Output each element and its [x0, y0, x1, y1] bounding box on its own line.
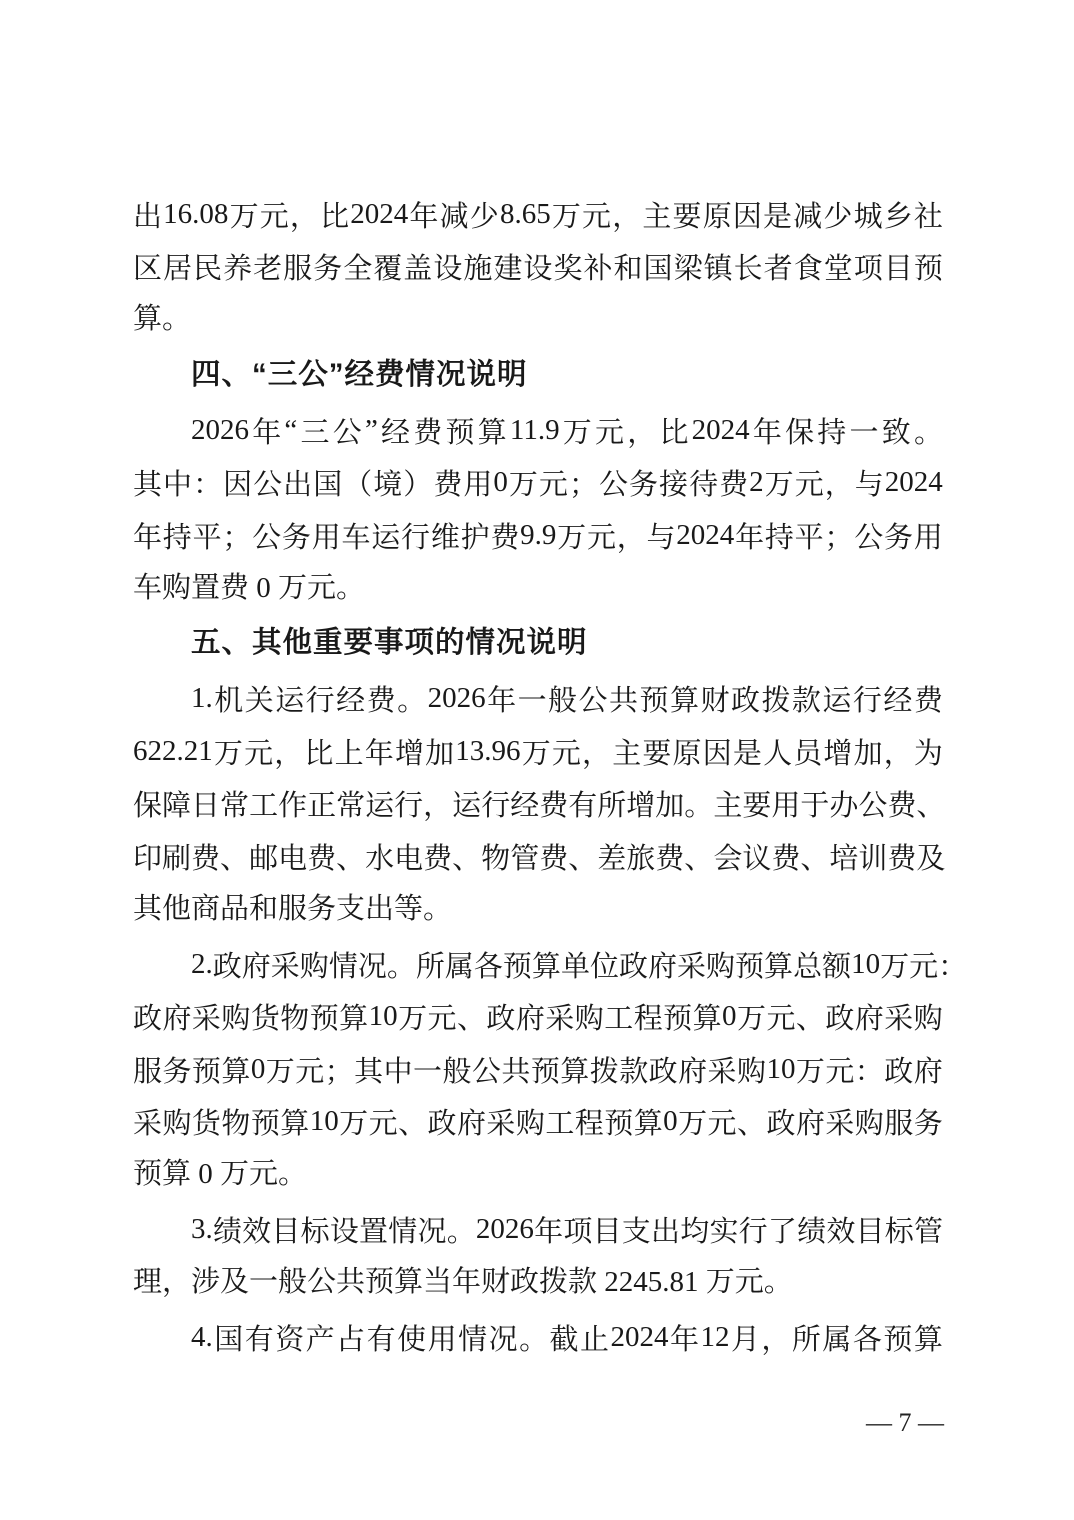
text-token: 项 — [854, 246, 883, 287]
para-three-public-funds-detail: 2026年“三公”经费预算11.9万元，比2024年保持一致。其中：因公出国（境… — [133, 404, 943, 614]
text-token: 主 — [642, 194, 671, 235]
text-token: 公 — [599, 462, 628, 503]
text-token: 电 — [278, 836, 307, 877]
text-token: 况 — [358, 944, 387, 985]
text-line: 车购置费 0 万元。 — [133, 562, 943, 615]
text-token: 出 — [133, 194, 162, 235]
text-token: 正 — [307, 783, 336, 824]
text-token: 元 — [595, 410, 624, 451]
text-token: 用 — [428, 1317, 457, 1358]
text-token: 算 — [764, 944, 793, 985]
text-token: 2024 — [692, 414, 750, 447]
text-token: 支 — [622, 1209, 651, 1250]
text-token: 者 — [764, 246, 793, 287]
text-token: 水 — [365, 836, 394, 877]
text-token: 物 — [280, 996, 309, 1037]
text-token: 设 — [330, 1209, 359, 1250]
text-line: 预算 0 万元。 — [133, 1148, 943, 1201]
text-token: 其 — [133, 462, 162, 503]
text-token: 公 — [252, 515, 281, 556]
text-token: 减 — [793, 194, 822, 235]
text-token: 常 — [220, 783, 249, 824]
text-token: 车 — [341, 515, 370, 556]
text-token: 物 — [481, 836, 510, 877]
text-token: 运 — [275, 678, 304, 719]
text-token: 社 — [914, 194, 943, 235]
text-token: 购 — [737, 1049, 766, 1090]
text-token: 原 — [673, 731, 702, 772]
text-token: 万 — [678, 1101, 707, 1142]
text-token: 其 — [354, 1049, 383, 1090]
text-token: 预 — [735, 944, 764, 985]
text-token: ； — [569, 462, 598, 503]
text-token: 预 — [663, 996, 692, 1037]
text-token: 款 — [619, 1049, 648, 1090]
text-token: 比 — [320, 194, 349, 235]
text-token: 乡 — [884, 194, 913, 235]
text-token: 经 — [883, 678, 912, 719]
text-token: 预 — [251, 1101, 280, 1142]
text-token: 府 — [678, 1049, 707, 1090]
text-token: 刷 — [162, 836, 191, 877]
text-token: 元 — [295, 1049, 324, 1090]
text-token: 增 — [823, 731, 852, 772]
text-token: 施 — [463, 246, 492, 287]
text-token: 。 — [387, 944, 416, 985]
text-token: 因 — [733, 194, 762, 235]
text-token: 0 — [493, 466, 508, 499]
text-token: 元 — [244, 731, 273, 772]
text-token: 预 — [640, 678, 669, 719]
text-token: 般 — [442, 1049, 471, 1090]
text-token: 政 — [619, 944, 648, 985]
text-token: 、 — [737, 1101, 766, 1142]
text-token: ； — [824, 515, 853, 556]
text-token: 购 — [516, 1101, 545, 1142]
text-token: 旅 — [626, 836, 655, 877]
text-token: 致 — [882, 410, 911, 451]
text-token: 出 — [651, 1209, 680, 1250]
text-token: 属 — [822, 1317, 851, 1358]
text-token: 2. — [191, 948, 213, 981]
text-token: 比 — [304, 731, 333, 772]
text-token: 0 — [251, 1053, 266, 1086]
text-token: 月 — [731, 1317, 760, 1358]
text-token: 用 — [771, 783, 800, 824]
text-token: 元 — [587, 515, 616, 556]
text-token: 于 — [800, 783, 829, 824]
text-token: 程 — [575, 1101, 604, 1142]
text-token: 购 — [575, 996, 604, 1037]
text-token: 有 — [245, 1317, 274, 1358]
text-token: 城 — [854, 194, 883, 235]
text-token: 2026 — [428, 682, 486, 715]
text-token: 奖 — [553, 246, 582, 287]
text-token: 管 — [510, 836, 539, 877]
text-token: 与 — [647, 515, 676, 556]
text-token: 用 — [914, 515, 943, 556]
text-token: 1. — [191, 682, 213, 715]
text-token: 购 — [706, 944, 735, 985]
document-body: 出16.08万元，比2024年减少8.65万元，主要原因是减少城乡社区居民养老服… — [133, 188, 943, 1364]
text-token: 年 — [534, 1209, 563, 1250]
text-token: 待 — [689, 462, 718, 503]
text-token: 平 — [193, 515, 222, 556]
text-token: 0 — [722, 1000, 737, 1033]
text-token: 项 — [563, 1209, 592, 1250]
text-token: 万 — [880, 944, 909, 985]
text-token: 政 — [766, 1101, 795, 1142]
text-token: 效 — [826, 1209, 855, 1250]
text-token: 年 — [735, 515, 764, 556]
text-token: ， — [617, 515, 646, 556]
text-token: 拨 — [590, 1049, 619, 1090]
text-token: 会 — [713, 836, 742, 877]
text-token: 少 — [823, 194, 852, 235]
text-line: 2.政府采购情况。所属各预算单位政府采购预算总额10万元： — [133, 938, 943, 991]
text-token: 万 — [398, 996, 427, 1037]
text-token: 一 — [850, 410, 879, 451]
heading-section-5-other-important-matters: 五、其他重要事项的情况说明 — [133, 617, 943, 670]
text-token: 预 — [445, 410, 474, 451]
text-token: 国 — [313, 462, 342, 503]
text-token: 费 — [307, 836, 336, 877]
text-token: ： — [193, 462, 222, 503]
text-token: 行 — [306, 678, 335, 719]
text-token: 元 — [260, 194, 289, 235]
text-token: 费 — [490, 515, 519, 556]
text-token: 公 — [253, 462, 282, 503]
text-token: 货 — [192, 1101, 221, 1142]
text-token: 比 — [659, 410, 688, 451]
text-token: 覆 — [373, 246, 402, 287]
text-token: 、 — [796, 996, 825, 1037]
text-token: 购 — [914, 996, 943, 1037]
text-token: 绩 — [797, 1209, 826, 1250]
text-token: 经 — [510, 783, 539, 824]
text-token: 万 — [522, 731, 551, 772]
text-token: 了 — [768, 1209, 797, 1250]
text-token: 行 — [739, 1209, 768, 1250]
text-token: 算 — [670, 678, 699, 719]
text-token: 服 — [283, 246, 312, 287]
text-token: 和 — [614, 246, 643, 287]
text-token: 绩 — [213, 1209, 242, 1250]
text-token: ； — [222, 515, 251, 556]
text-token: 区 — [133, 246, 162, 287]
text-token: 采 — [677, 944, 706, 985]
text-token: 政 — [486, 996, 515, 1037]
text-token: 预 — [531, 1049, 560, 1090]
text-token: 16.08 — [163, 198, 228, 231]
text-token: 年 — [409, 194, 438, 235]
text-token: 服 — [133, 1049, 162, 1090]
text-line: 4.国有资产占有使用情况。截止2024年12月，所属各预算 — [133, 1312, 943, 1365]
text-token: 接 — [659, 462, 688, 503]
text-token: 般 — [548, 678, 577, 719]
text-token: 止 — [580, 1317, 609, 1358]
text-token: 府 — [242, 944, 271, 985]
text-token: 公 — [472, 1049, 501, 1090]
text-token: 2026 — [191, 414, 249, 447]
text-token: 算 — [914, 1317, 943, 1358]
text-token: 10 — [766, 1053, 795, 1086]
text-token: 务 — [884, 515, 913, 556]
text-token: 采 — [825, 1101, 854, 1142]
text-token: 预 — [310, 996, 339, 1037]
text-token: 单 — [561, 944, 590, 985]
text-token: 设 — [433, 246, 462, 287]
text-token: 所 — [792, 1317, 821, 1358]
text-token: 元 — [795, 462, 824, 503]
text-line: 2026年“三公”经费预算11.9万元，比2024年保持一致。 — [133, 404, 943, 457]
text-token: 要 — [673, 194, 702, 235]
text-token: 出 — [283, 462, 312, 503]
text-token: 主 — [612, 731, 641, 772]
text-token: 万 — [563, 410, 592, 451]
text-token: 运 — [822, 678, 851, 719]
text-token: 行 — [394, 783, 423, 824]
text-token: 目 — [271, 1209, 300, 1250]
text-line: 区居民养老服务全覆盖设施建设奖补和国梁镇长者食堂项目预 — [133, 241, 943, 294]
text-token: 政 — [731, 678, 760, 719]
section-heading: 四、“三公”经费情况说明 — [133, 349, 943, 402]
text-token: 。 — [519, 1317, 548, 1358]
text-token: 设 — [523, 246, 552, 287]
text-token: 公 — [858, 783, 887, 824]
text-token: 用 — [463, 462, 492, 503]
text-token: 差 — [597, 836, 626, 877]
text-token: 万 — [765, 462, 794, 503]
text-token: 均 — [680, 1209, 709, 1250]
text-token: 印 — [133, 836, 162, 877]
text-line: 其他商品和服务支出等。 — [133, 883, 943, 936]
text-token: 额 — [822, 944, 851, 985]
text-token: 预 — [883, 1317, 912, 1358]
text-token: 预 — [503, 944, 532, 985]
text-token: 资 — [275, 1317, 304, 1358]
text-token: 万 — [339, 1101, 368, 1142]
text-token: 算 — [532, 944, 561, 985]
text-token: 总 — [793, 944, 822, 985]
text-token: 服 — [884, 1101, 913, 1142]
text-token: 费 — [423, 836, 452, 877]
text-token: 10 — [851, 948, 880, 981]
text-token: 公 — [579, 678, 608, 719]
text-token: 费 — [719, 462, 748, 503]
section-heading: 五、其他重要事项的情况说明 — [133, 617, 943, 670]
text-token: 加 — [655, 783, 684, 824]
text-token: 截 — [550, 1317, 579, 1358]
text-token: 货 — [251, 996, 280, 1037]
text-token: 算 — [560, 1049, 589, 1090]
text-token: 元 — [825, 1049, 854, 1090]
text-token: 因 — [223, 462, 252, 503]
text-token: ； — [325, 1049, 354, 1090]
text-token: 采 — [271, 944, 300, 985]
text-token: 各 — [474, 944, 503, 985]
text-line: 其中：因公出国（境）费用0万元；公务接待费2万元，与2024 — [133, 457, 943, 510]
text-token: ， — [761, 1317, 790, 1358]
text-token: 置 — [359, 1209, 388, 1250]
text-token: 堂 — [824, 246, 853, 287]
text-token: 属 — [445, 944, 474, 985]
para-3-performance-targets: 3.绩效目标设置情况。2026年项目支出均实行了绩效目标管理，涉及一般公共预算当… — [133, 1204, 943, 1309]
heading-section-4-three-public-funds: 四、“三公”经费情况说明 — [133, 349, 943, 402]
text-token: 况 — [417, 1209, 446, 1250]
text-token: ， — [274, 731, 303, 772]
text-token: 国 — [644, 246, 673, 287]
text-token: 机 — [214, 678, 243, 719]
text-token: 、 — [220, 836, 249, 877]
text-token: 各 — [853, 1317, 882, 1358]
text-token: 10 — [310, 1105, 339, 1138]
text-token: 共 — [501, 1049, 530, 1090]
text-token: 长 — [734, 246, 763, 287]
text-token: 为 — [914, 731, 943, 772]
text-token: 万 — [737, 996, 766, 1037]
text-token: 邮 — [249, 836, 278, 877]
text-token: ， — [825, 462, 854, 503]
text-token: 用 — [312, 515, 341, 556]
text-token: 元 — [428, 996, 457, 1037]
text-token: 年 — [487, 678, 516, 719]
text-line: 3.绩效目标设置情况。2026年项目支出均实行了绩效目标管 — [133, 1204, 943, 1257]
text-token: 国 — [214, 1317, 243, 1358]
text-token: 加 — [425, 731, 454, 772]
text-token: 府 — [914, 1049, 943, 1090]
text-token: 训 — [858, 836, 887, 877]
text-token: 保 — [133, 783, 162, 824]
text-token: 要 — [742, 783, 771, 824]
text-token: 与 — [855, 462, 884, 503]
text-token: 务 — [162, 1049, 191, 1090]
text-token: 款 — [792, 678, 821, 719]
text-token: 万 — [552, 194, 581, 235]
text-token: 拨 — [761, 678, 790, 719]
para-1-operating-expenses: 1.机关运行经费。2026年一般公共预算财政拨款运行经费622.21万元，比上年… — [133, 673, 943, 936]
text-token: 运 — [452, 783, 481, 824]
text-token: ： — [938, 944, 967, 985]
text-token: 622.21 — [133, 735, 213, 768]
text-token: 效 — [242, 1209, 271, 1250]
text-line: 服务预算0万元；其中一般公共预算拨款政府采购10万元：政府 — [133, 1043, 943, 1096]
text-token: ， — [627, 410, 656, 451]
text-token: 持 — [765, 515, 794, 556]
text-token: 有 — [568, 783, 597, 824]
text-token: 经 — [336, 678, 365, 719]
text-token: 政 — [213, 944, 242, 985]
text-token: 。 — [914, 410, 943, 451]
text-token: 年 — [365, 731, 394, 772]
text-token: 日 — [191, 783, 220, 824]
text-token: 采 — [708, 1049, 737, 1090]
text-token: 采 — [133, 1101, 162, 1142]
text-token: 物 — [221, 1101, 250, 1142]
text-token: 年 — [252, 410, 281, 451]
text-token: 实 — [709, 1209, 738, 1250]
text-token: 常 — [336, 783, 365, 824]
text-token: 10 — [369, 1000, 398, 1033]
text-token: 万 — [266, 1049, 295, 1090]
text-token: 。 — [447, 1209, 476, 1250]
text-token: 工 — [249, 783, 278, 824]
text-token: 2024 — [350, 198, 408, 231]
text-token: 年 — [670, 1317, 699, 1358]
text-token: 政 — [649, 1049, 678, 1090]
document-page: 出16.08万元，比2024年减少8.65万元，主要原因是减少城乡社区居民养老服… — [0, 0, 1074, 1520]
text-token: 8.65 — [500, 198, 551, 231]
text-token: 公 — [333, 410, 362, 451]
text-token: 占 — [336, 1317, 365, 1358]
para-4-state-owned-assets: 4.国有资产占有使用情况。截止2024年12月，所属各预算 — [133, 1312, 943, 1365]
text-line: 622.21万元，比上年增加13.96万元，主要原因是人员增加，为 — [133, 725, 943, 778]
text-token: 费 — [771, 836, 800, 877]
text-token: ） — [403, 462, 432, 503]
text-token: 府 — [648, 944, 677, 985]
text-token: 共 — [609, 678, 638, 719]
text-token: 采 — [486, 1101, 515, 1142]
text-token: 预 — [192, 1049, 221, 1090]
text-token: 万 — [557, 515, 586, 556]
text-token: ， — [423, 783, 452, 824]
text-token: 11.9 — [510, 414, 560, 447]
text-token: 算 — [339, 996, 368, 1037]
text-token: 购 — [221, 996, 250, 1037]
text-token: ， — [290, 194, 319, 235]
text-token: 工 — [604, 996, 633, 1037]
text-token: 4. — [191, 1321, 213, 1354]
text-token: 费 — [539, 836, 568, 877]
text-token: 算 — [221, 1049, 250, 1090]
text-token: 办 — [829, 783, 858, 824]
text-token: 算 — [280, 1101, 309, 1142]
text-token: 一 — [413, 1049, 442, 1090]
text-token: 费 — [887, 783, 916, 824]
text-token: 费 — [887, 836, 916, 877]
text-token: 元 — [582, 194, 611, 235]
text-token: 政 — [428, 1101, 457, 1142]
text-token: 食 — [794, 246, 823, 287]
text-token: 购 — [300, 944, 329, 985]
text-token: 2024 — [611, 1321, 669, 1354]
text-token: 经 — [381, 410, 410, 451]
text-token: 一 — [518, 678, 547, 719]
text-token: 费 — [191, 836, 220, 877]
text-token: 元 — [909, 944, 938, 985]
text-token: 务 — [629, 462, 658, 503]
text-token: 目 — [593, 1209, 622, 1250]
text-token: 因 — [703, 731, 732, 772]
text-token: 9.9 — [520, 519, 556, 552]
text-token: 2026 — [476, 1213, 534, 1246]
text-token: 盖 — [403, 246, 432, 287]
text-token: 要 — [642, 731, 671, 772]
text-token: 减 — [440, 194, 469, 235]
text-line: 出16.08万元，比2024年减少8.65万元，主要原因是减少城乡社 — [133, 188, 943, 241]
text-token: 有 — [367, 1317, 396, 1358]
text-token: 2024 — [885, 466, 943, 499]
text-token: 行 — [481, 783, 510, 824]
text-token: 电 — [394, 836, 423, 877]
text-line: 理，涉及一般公共预算当年财政拨款 2245.81 万元。 — [133, 1256, 943, 1309]
text-token: 标 — [885, 1209, 914, 1250]
text-token: 府 — [457, 1101, 486, 1142]
text-token: 算 — [634, 1101, 663, 1142]
text-line: 1.机关运行经费。2026年一般公共预算财政拨款运行经费 — [133, 673, 943, 726]
text-token: 梁 — [674, 246, 703, 287]
text-token: 三 — [301, 410, 330, 451]
